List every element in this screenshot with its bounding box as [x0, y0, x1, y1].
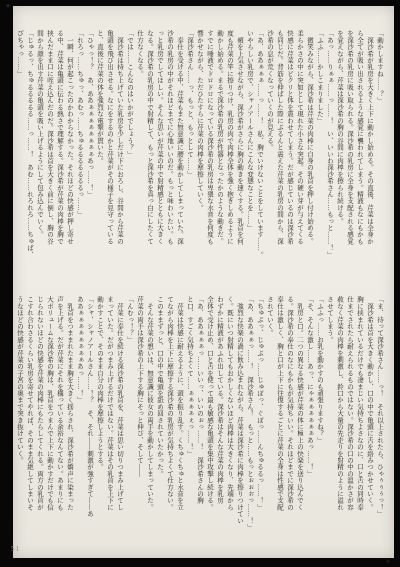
text-column: ぴちゃっ……」 [14, 30, 24, 288]
text-column: 一瞬、何が起こったのかわからなかった。それほどの快感が押し寄せ [64, 30, 74, 288]
text-column: 「ちゅぷっ、じゅぷっ……じゅぽっ、ぐぽっ……んちゅるるっ……！」 [254, 296, 264, 560]
text-column: 奉仕は激しく、胸と口が上下に往復するごとに芹菜の全身は性感で支配 [274, 296, 284, 560]
text-column: なる。深沙希の乳房の中で射精して、もっと深沙希を真っ白にしたくて [144, 30, 154, 288]
text-column: 沙希の乳房の中がそれほどまでに心地いいのだ。もっと味わいたい。も [164, 30, 174, 288]
text-column: 深沙希は持ち上げていた乳房を少しだけ下におろし、谷間から芹菜の [114, 30, 124, 288]
text-column: 動かすことで、そのまま自分の肉棒を摩擦しようとする。 [94, 296, 104, 560]
text-column: 「んむっ！？」 [124, 296, 134, 560]
text-column: わずかに精液があふれ出している。深沙希はそんな芹菜の肉棒を乳房 [214, 296, 224, 560]
bottom-text-block: 「ま、待って深沙希さん……っ！ それ以上されたら、ひゃぅぅぅっ！」 深沙希は首を… [12, 296, 384, 560]
text-column: されていく。 [264, 296, 274, 560]
text-column: てながら肉棒を上下に摩擦する深沙希の乳房が気持ちよくて仕方ない。 [164, 296, 174, 560]
text-column: すでに唾液でドロドロになっている深沙希の乳房は卑猥な水音を何度も [204, 30, 214, 288]
text-column: そんな芹菜の想いは、無意識に彼女の両手を動かしてしまっていた。 [144, 296, 154, 560]
text-column: を覚えながら、芹菜は深沙希の胸の谷間に肉棒を擦られ続ける。 [334, 30, 344, 288]
text-column: 声を上げる。だが芹菜にそれを構っている余裕なんてない。あまりにも [54, 296, 64, 560]
text-column: 度も芹菜の竿に擦りつけ、乳房の肉で肉棒全体を強く抱きしめるように [224, 30, 234, 288]
text-column: 「あ、ああぁぁぁ……っ……！ 私、胸でいけないことをしています……。 [254, 30, 264, 288]
text-column: 大ボリュームな深沙希の胸は、乳首をつまんで上下に動かすだけでも信 [44, 296, 54, 560]
text-column: 「ふふっ……お乳を動かすのも頑張りますね？」 [314, 296, 324, 560]
text-column: 沙希の息が荒くなっていくのが見える。 [264, 30, 274, 288]
text-column: 仕方なくなる。 [134, 30, 144, 288]
text-column: る中、芹菜は亀頭に伝わる熱さで理解する。深沙希が芹菜の肉棒を胸で [54, 30, 64, 288]
text-column: 柔らかさの中に突如として現れた小さな突起。その硬い芽が与えてくる [294, 30, 304, 288]
text-column: 乳首をつままれたまま胸を大きく揺らされ、深沙希が嬌声に染まった [64, 296, 74, 560]
text-column: させてしまう。 [324, 296, 334, 560]
text-column: っと乳房でしてほしい。そんな思いが芹菜の中で射精感とともに大きく [154, 30, 164, 288]
text-column: 胸に挟まれているだけでも凄まじい気持ちよさなのに、口と舌の同時奉 [354, 296, 364, 560]
text-column: と、直後に芹菜の体を強烈な電撃が貫いた。 [94, 30, 104, 288]
text-column: 深沙希が乳房を大きく上下に動かし始める。その直後、芹菜は全身か [364, 30, 374, 288]
text-column: 快感に芹菜はビクリと体を震わせてしまう。だが感じているのは深沙希 [284, 30, 294, 288]
text-column: 芹菜は快感に耐えるように、頭を振り乱す。くちゅくちゅと水音を立 [174, 296, 184, 560]
text-column: ああぁぁぁぁぁぁぁぁあっ……！」 [74, 296, 84, 560]
text-column: 動かし始める。まるで深沙希の乳房が性器となったかのような動きだ。 [214, 30, 224, 288]
text-column: 「れろっ……ちゅっ、あむっ……ちゅるるるるるるるっ……」 [74, 30, 84, 288]
text-column: 「あっ……りぁぁ……っ……！ い、いいわ深沙希さん……もっと……！」 [324, 30, 334, 288]
text-column: 「そ、そんな激し……あっ、にゃぁぁぁぁぁぁあっ……！」 [304, 296, 314, 560]
text-column: 微笑みながら、深沙希は芹菜の肉棒に自身の乳首を押し付け始める。 [304, 30, 314, 288]
text-column: 響かせながら、ただひたすらに芹菜の肉棒を摩擦していく。 [194, 30, 204, 288]
text-column: 「シャ、シャノアールさん……！？ そ、それ――刺激が強すぎて――あ [84, 296, 94, 560]
book-page: 「動かしますね……？」 深沙希が乳房を大きく上下に動かし始める。その直後、芹菜は… [13, 6, 394, 558]
text-column: うなほどの快感が芹菜の子宮の奥まで突き抜けていく。 [14, 296, 24, 560]
text-column: まっていた。だがつまみ上げるだけではない。芹菜はその乳首を上下に [104, 296, 114, 560]
text-column: こすれ合わさるくらい乳房を寄せてやれば、そのまま気絶してしまいそ [24, 296, 34, 560]
text-column: ら全てが吸い出されるような感覚に襲われてしまう。精液もなにもかも [354, 30, 364, 288]
text-column: 「では……こんなのはいかがでしょう？」 [124, 30, 134, 288]
text-column: く。既にいつ射精してもおかしくないほど肉棒は大きくなり、先端から [224, 296, 234, 560]
text-column: 強烈な快楽の渦に飲み込まれながら、芹菜は深沙希に肉棒を擦りつけてい [234, 296, 244, 560]
text-column: 深沙希は首を大きく動かし、口の中で亀頭に舌を絡みつかせていく。 [364, 296, 374, 560]
text-column: 「ふふ……かしこまりました」 [314, 30, 324, 288]
text-column: 「深沙希さん……っ、もっと、もっとして……」 [184, 30, 194, 288]
text-column: 「ま、待って深沙希さん……っ！ それ以上されたら、ひゃぅぅぅっ！」 [374, 296, 384, 560]
text-column: 「あ、ああぁぁっ……！ 深沙希さん！ もっと……もっとぉぉぉっ……！」 [244, 296, 254, 560]
text-column: 「じゅるっ、ちゅるるるるる……っ……！ あむ……れろれろ……ちゅぱ、 [24, 30, 34, 288]
text-column: 頬を上気させながら、深沙希がさらに胸の動きを速くする。乳首を何 [234, 30, 244, 288]
text-column: このままずっと、口の中で亀頭を舐め回されていたかった。 [154, 296, 164, 560]
text-column: 「あ、ああぁぁぁっ……いいっ、いいのぉっ……！ 深沙希さんの胸 [194, 296, 204, 560]
text-column: 芹菜に奉仕を続ける深沙希の乳首を、芹菜は思い切りつまみ上げてし [114, 296, 124, 560]
text-column: も同じだ。背筋を伸ばした際にぷるんと震えた芹菜の乳房の間から、深 [274, 30, 284, 288]
text-column: 間から顔を出す芹菜の亀頭を吸い上げるようにして包み込んでいく。 [34, 30, 44, 288]
text-column: る。深沙希の奉仕のなにもかもが気持ちいい。それほどまでに深沙希の [284, 296, 294, 560]
text-column: 亀頭を飛び出させる。なにをするのかと芹菜がその様子を見守っている [104, 30, 114, 288]
top-text-block: 「動かしますね……？」 深沙希が乳房を大きく上下に動かし始める。その直後、芹菜は… [12, 30, 384, 288]
text-column: 乳房と口。二つの異なる快感が芹菜の体に極上の快楽を送り込んでく [294, 296, 304, 560]
text-column: 赦なく芹菜の肉棒を刺激し、鈴口から大量の先走りを射精のように溢れ [334, 296, 344, 560]
text-column: と口、すごく気持ちよくて……ぁぁぁぁぇっ……！」 [184, 296, 194, 560]
text-column: 奉仕を受ける中、芹菜もまた無意識に腰を動かしてしまっていた。深 [174, 30, 184, 288]
text-column: 全体で受け止め、口と舌を使って最も敏感な亀頭を集中攻撃し続ける。 [204, 296, 214, 560]
text-column: 仕までされたら耐えられるものではない。深沙希の口の中の温かさが容 [344, 296, 354, 560]
text-column: 挟んだまま口に咥え込んだのだ。深沙希は首を大きく前に倒し、胸の谷 [44, 30, 54, 288]
text-column: いやらしい乳房で、シャノアールさんにこんな変態なことを……」 [244, 30, 254, 288]
text-column: 「ひゃっ！？ あ、ああぁぁぁぁぁぁぁぁあっ……！」 [84, 30, 94, 288]
text-column: 芹菜の両手は深沙希の上下する胸にそっと伸び、そして―― [134, 296, 144, 560]
text-column: を深沙希の乳房に吸い取られる。深沙希の乳房に全身を支配される感覚 [344, 30, 354, 288]
text-column: 「動かしますね……？」 [374, 30, 384, 288]
page-number: 51 [11, 545, 20, 553]
text-column: じられないほどの快感を芹菜の肉棒にもたらしてくれる。両方の乳首が [34, 296, 44, 560]
